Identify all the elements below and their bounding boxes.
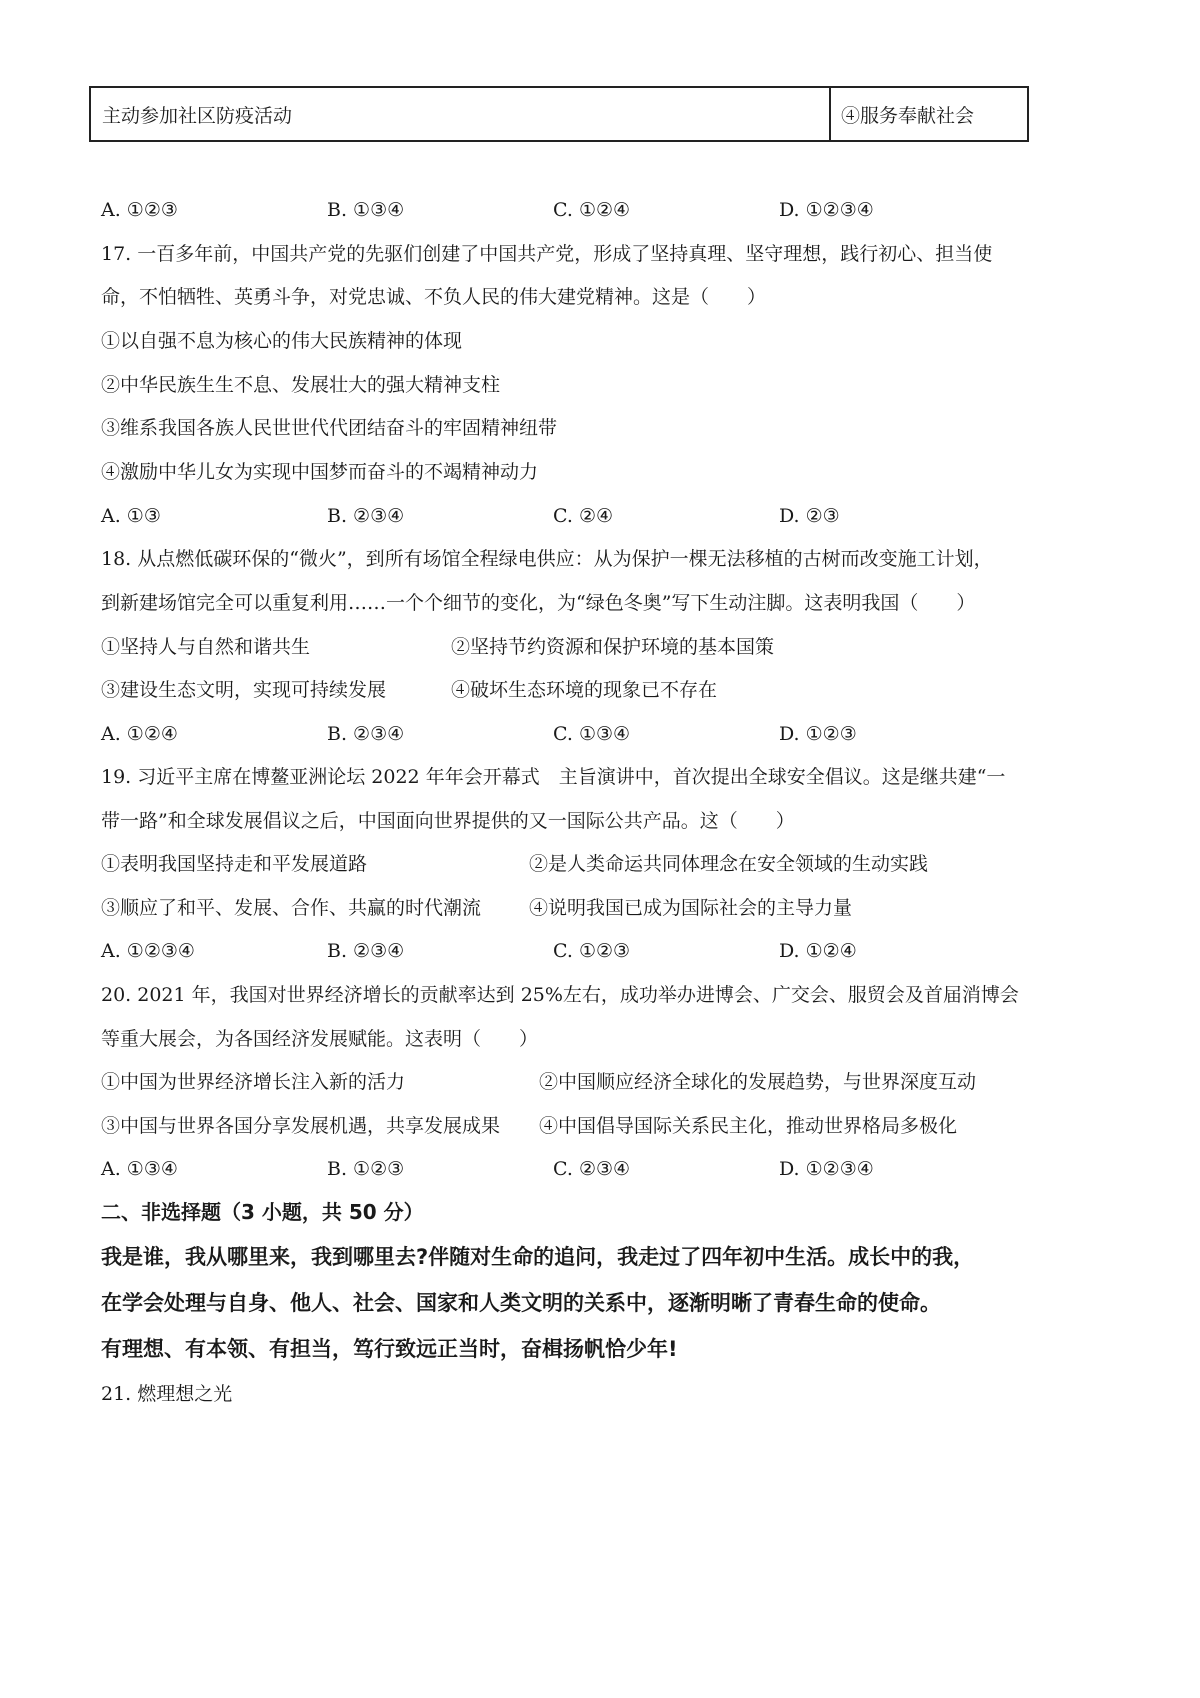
- section-intro-line1: 我是谁，我从哪里来，我到哪里去?伴随对生命的追问，我走过了四年初中生活。成长中的…: [101, 1245, 974, 1269]
- q18-item-4: ④破坏生态环境的现象已不存在: [451, 678, 717, 702]
- exam-page: 主动参加社区防疫活动 ④服务奉献社会 A. ①②③ B. ①③④ C. ①②④ …: [0, 0, 1200, 1698]
- option-b: B. ②③④: [327, 939, 404, 963]
- option-a: A. ①③④: [101, 1157, 178, 1181]
- option-b: B. ①③④: [327, 198, 404, 222]
- option-c: C. ②④: [553, 504, 613, 528]
- option-b: B. ②③④: [327, 504, 404, 528]
- q20-item-4: ④中国倡导国际关系民主化，推动世界格局多极化: [539, 1114, 957, 1138]
- q20-stem-line1: 20. 2021 年，我国对世界经济增长的贡献率达到 25%左右，成功举办进博会…: [101, 983, 1019, 1007]
- q20-item-2: ②中国顺应经济全球化的发展趋势，与世界深度互动: [539, 1070, 976, 1094]
- q19-item-2: ②是人类命运共同体理念在安全领域的生动实践: [529, 852, 928, 876]
- option-c: C. ①③④: [553, 722, 630, 746]
- q17-item-4: ④激励中华儿女为实现中国梦而奋斗的不竭精神动力: [101, 460, 538, 484]
- q18-stem-line1: 18. 从点燃低碳环保的“微火”，到所有场馆全程绿电供应：从为保护一棵无法移植的…: [101, 547, 993, 571]
- q19-item-3: ③顺应了和平、发展、合作、共赢的时代潮流: [101, 896, 481, 920]
- q19-item-4: ④说明我国已成为国际社会的主导力量: [529, 896, 852, 920]
- option-d: D. ①②③④: [779, 1157, 874, 1181]
- q19-stem-line2: 带一路”和全球发展倡议之后，中国面向世界提供的又一国际公共产品。这（ ）: [101, 809, 795, 833]
- q17-stem-line1: 17. 一百多年前，中国共产党的先驱们创建了中国共产党，形成了坚持真理、坚守理想…: [101, 242, 992, 266]
- section-heading: 二、非选择题（3 小题，共 50 分）: [101, 1200, 424, 1224]
- option-d: D. ②③: [779, 504, 840, 528]
- section-intro-line3: 有理想、有本领、有担当，笃行致远正当时，奋楫扬帆恰少年!: [101, 1337, 678, 1361]
- option-b: B. ①②③: [327, 1157, 404, 1181]
- table-cell-value: ④服务奉献社会: [831, 88, 1027, 140]
- section-intro-line2: 在学会处理与自身、他人、社会、国家和人类文明的关系中，逐渐明晰了青春生命的使命。: [101, 1291, 941, 1315]
- option-a: A. ①②③: [101, 198, 178, 222]
- q18-item-3: ③建设生态文明，实现可持续发展: [101, 678, 386, 702]
- q20-item-3: ③中国与世界各国分享发展机遇，共享发展成果: [101, 1114, 500, 1138]
- q18-item-2: ②坚持节约资源和保护环境的基本国策: [451, 635, 774, 659]
- option-a: A. ①②③④: [101, 939, 195, 963]
- q20-item-1: ①中国为世界经济增长注入新的活力: [101, 1070, 405, 1094]
- option-d: D. ①②④: [779, 939, 857, 963]
- option-c: C. ①②③: [553, 939, 630, 963]
- option-a: A. ①③: [101, 504, 161, 528]
- option-c: C. ①②④: [553, 198, 630, 222]
- option-b: B. ②③④: [327, 722, 404, 746]
- q18-item-1: ①坚持人与自然和谐共生: [101, 635, 310, 659]
- q19-item-1: ①表明我国坚持走和平发展道路: [101, 852, 367, 876]
- q20-stem-line2: 等重大展会，为各国经济发展赋能。这表明（ ）: [101, 1027, 538, 1051]
- q17-item-2: ②中华民族生生不息、发展壮大的强大精神支柱: [101, 373, 500, 397]
- q17-stem-line2: 命，不怕牺牲、英勇斗争，对党忠诚、不负人民的伟大建党精神。这是（ ）: [101, 285, 766, 309]
- q17-item-3: ③维系我国各族人民世世代代团结奋斗的牢固精神纽带: [101, 416, 557, 440]
- q21-title: 21. 燃理想之光: [101, 1382, 232, 1406]
- q19-stem-line1: 19. 习近平主席在博鳌亚洲论坛 2022 年年会开幕式 主旨演讲中，首次提出全…: [101, 765, 1005, 789]
- option-d: D. ①②③: [779, 722, 857, 746]
- q18-stem-line2: 到新建场馆完全可以重复利用……一个个细节的变化，为“绿色冬奥”写下生动注脚。这表…: [101, 591, 975, 615]
- answer-table-row: 主动参加社区防疫活动 ④服务奉献社会: [89, 86, 1029, 142]
- option-d: D. ①②③④: [779, 198, 874, 222]
- option-a: A. ①②④: [101, 722, 178, 746]
- q17-item-1: ①以自强不息为核心的伟大民族精神的体现: [101, 329, 462, 353]
- table-cell-activity: 主动参加社区防疫活动: [91, 88, 831, 140]
- option-c: C. ②③④: [553, 1157, 630, 1181]
